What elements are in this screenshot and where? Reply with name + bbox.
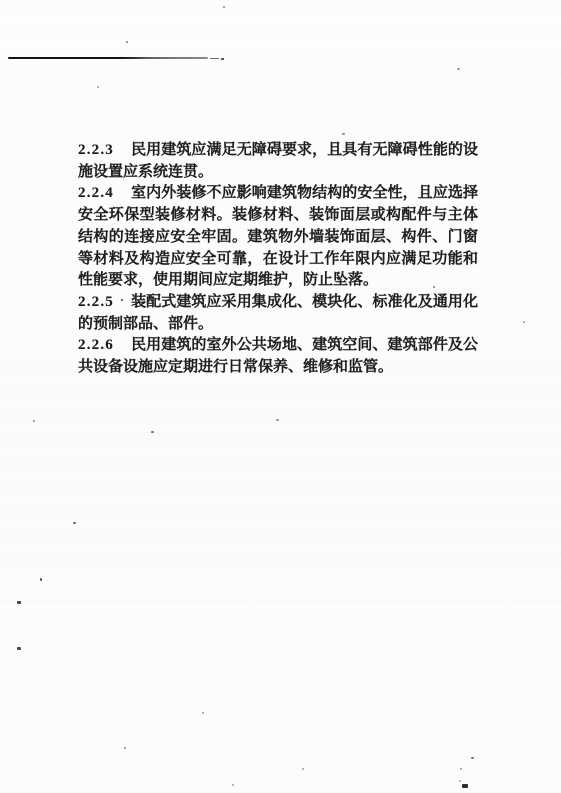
scan-speck [342, 133, 345, 135]
clause-number: 2.2.4 [78, 185, 114, 201]
clause-2-2-4: 2.2.4室内外装修不应影响建筑物结构的安全性，且应选择安全环保型装修材料。装修… [78, 183, 478, 292]
scan-speck [151, 431, 154, 433]
scan-speck [121, 299, 123, 301]
scan-speck [276, 419, 279, 421]
scan-speck [523, 321, 525, 323]
scan-artifact-line-fragment [210, 58, 219, 60]
clause-number: 2.2.5 [78, 294, 114, 310]
scan-speck [126, 41, 128, 43]
clause-text: 民用建筑的室外公共场地、建筑空间、建筑部件及公共设备设施应定期进行日常保养、维修… [78, 337, 478, 375]
scanned-document-page: 2.2.3民用建筑应满足无障碍要求，且具有无障碍性能的设施设置应系统连贯。 2.… [0, 0, 561, 793]
clause-2-2-6: 2.2.6民用建筑的室外公共场地、建筑空间、建筑部件及公共设备设施应定期进行日常… [78, 335, 478, 378]
clause-text: 民用建筑应满足无障碍要求，且具有无障碍性能的设施设置应系统连贯。 [78, 142, 478, 180]
document-text-block: 2.2.3民用建筑应满足无障碍要求，且具有无障碍性能的设施设置应系统连贯。 2.… [78, 140, 478, 379]
scan-artifact-line [8, 57, 208, 59]
scan-speck [433, 286, 435, 288]
scan-speck [33, 420, 35, 422]
scan-speck [17, 601, 21, 604]
scan-speck [460, 768, 462, 770]
scan-artifact-line-dot [221, 58, 224, 60]
scan-speck [124, 747, 126, 749]
scan-speck [457, 68, 460, 70]
scan-speck [17, 647, 21, 650]
scan-speck [459, 780, 461, 782]
scan-speck [302, 768, 304, 770]
scan-speck [97, 86, 99, 88]
scan-speck [232, 784, 234, 786]
clause-text: 装配式建筑应采用集成化、模块化、标准化及通用化的预制部品、部件。 [78, 294, 478, 332]
clause-2-2-5: 2.2.5装配式建筑应采用集成化、模块化、标准化及通用化的预制部品、部件。 [78, 292, 478, 335]
scan-speck [40, 578, 42, 581]
scan-speck [471, 757, 474, 759]
clause-2-2-3: 2.2.3民用建筑应满足无障碍要求，且具有无障碍性能的设施设置应系统连贯。 [78, 140, 478, 183]
scan-speck [223, 6, 225, 8]
clause-text: 室内外装修不应影响建筑物结构的安全性，且应选择安全环保型装修材料。装修材料、装饰… [78, 185, 478, 288]
clause-number: 2.2.3 [78, 142, 114, 158]
scan-speck [73, 522, 76, 524]
scan-speck [202, 712, 204, 714]
clause-number: 2.2.6 [78, 337, 114, 353]
scan-blob [462, 784, 468, 788]
